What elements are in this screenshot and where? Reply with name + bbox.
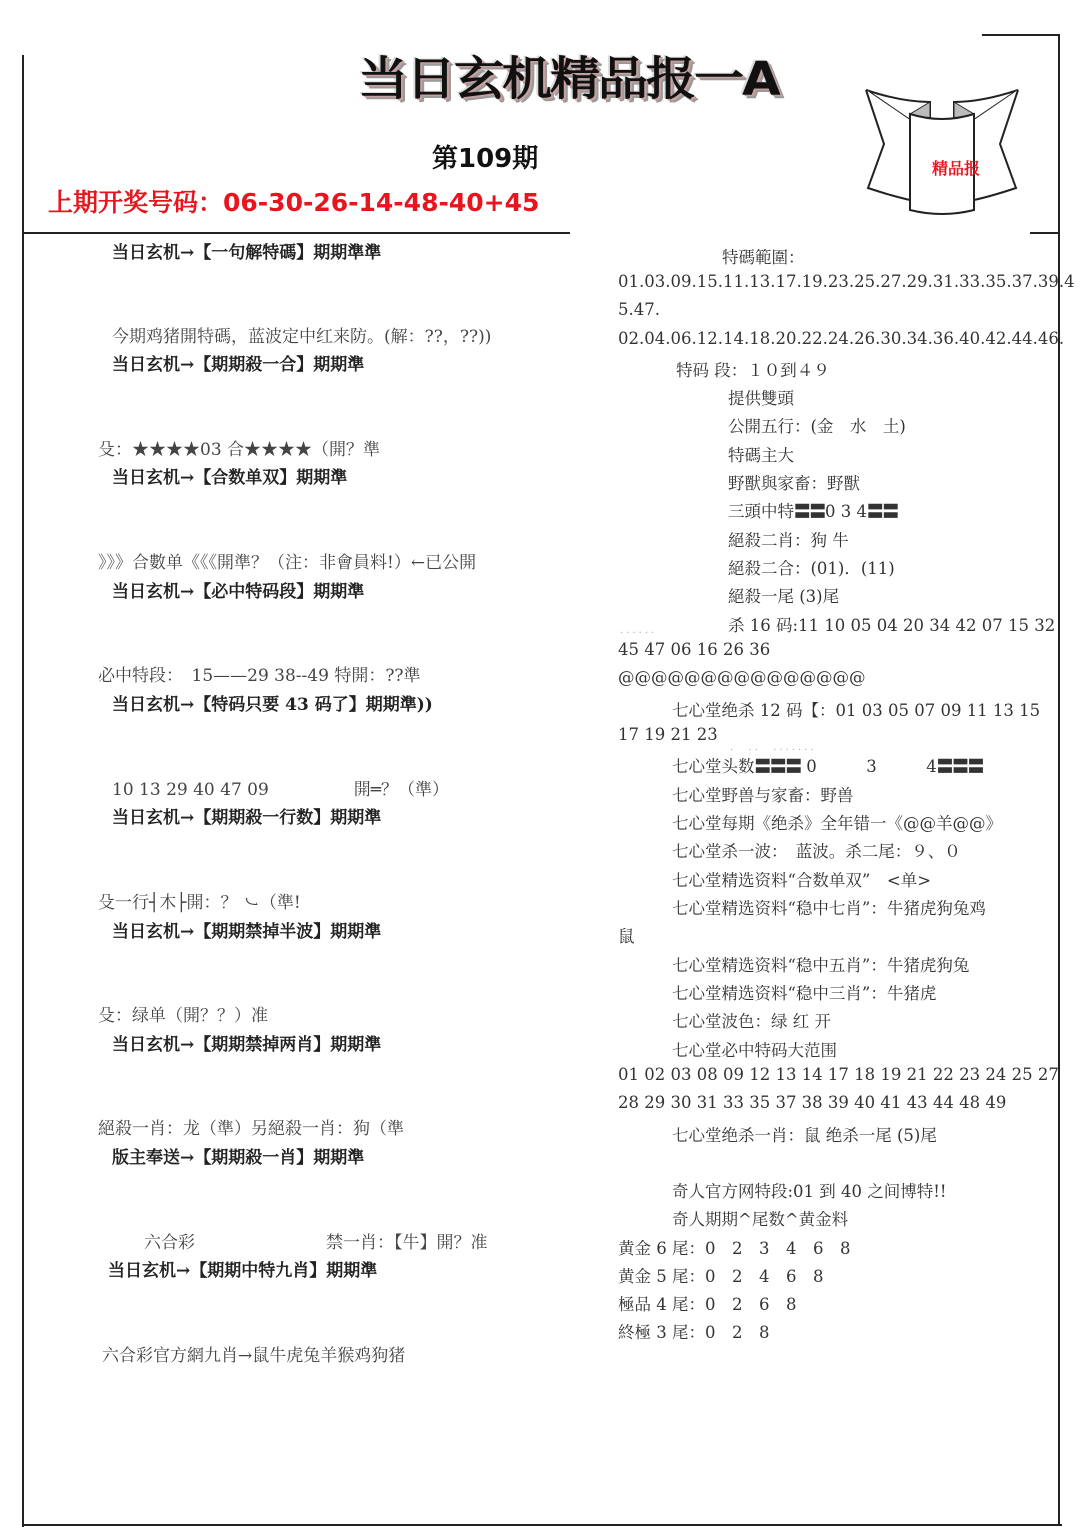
section-heading: 当日玄机→【合数单双】期期準 — [112, 463, 347, 488]
bars-icon: 〓〓 — [794, 502, 825, 521]
wild-domestic: 野獸與家畜：野獸 — [728, 470, 860, 494]
section-content: 殳一行┤木├開：？ ㇃（準! — [98, 888, 301, 913]
page-title-text: 当日玄机精品报一A — [358, 42, 779, 108]
qxt-heads-values: 0 3 4 — [806, 757, 937, 776]
qxt-heads-label: 七心堂头数 — [672, 757, 755, 776]
range-line: 01.03.09.15.11.13.17.19.23.25.27.29.31.3… — [618, 272, 1075, 291]
section-content: 絕殺一肖：龙（準）另絕殺一肖：狗（準 — [98, 1114, 404, 1139]
section-content-right: 禁一肖：【牛】開？准 — [326, 1228, 488, 1253]
section-content: 》》》合數单《《《開準？（注：非會員料!）←已公開 — [98, 548, 476, 573]
qxt-wild: 七心堂野兽与家畜：野兽 — [672, 782, 854, 806]
tail-row: 終極 3 尾：0 2 8 — [618, 1319, 770, 1343]
section-heading: 当日玄机→【期期殺一合】期期準 — [112, 350, 364, 375]
header-divider — [22, 232, 570, 234]
ribbon-badge-icon — [862, 84, 1022, 226]
kill-two-zodiac: 絕殺二肖：狗 牛 — [728, 527, 849, 551]
double-head: 提供雙頭 — [728, 385, 794, 409]
bars-icon: 〓〓〓 — [937, 757, 984, 776]
tail-values: 0 2 4 6 8 — [705, 1267, 824, 1286]
qxt-three: 七心堂精选资料“稳中三肖”：牛猪虎 — [672, 980, 936, 1004]
section-heading: 当日玄机→【必中特码段】期期準 — [112, 577, 364, 602]
section-heading: 当日玄机→【一句解特碼】期期準準 — [112, 238, 381, 263]
tail-row: 黄金 5 尾：0 2 4 6 8 — [618, 1263, 824, 1287]
qxt-big-range-line: 28 29 30 31 33 35 37 38 39 40 41 43 44 4… — [618, 1093, 1006, 1112]
section-content: 殳：★★★★03 合★★★★（開？準 — [98, 435, 380, 460]
kill16-line: 45 47 06 16 26 36 — [618, 640, 770, 659]
last-draw: 上期开奖号码：06-30-26-14-48-40+45 — [48, 183, 539, 219]
section-heading: 当日玄机→【期期禁掉半波】期期準 — [112, 917, 381, 942]
qiren-segment: 奇人官方网特段:01 到 40 之间博特!! — [672, 1178, 947, 1202]
kill-one-tail: 絕殺一尾 (3)尾 — [728, 583, 839, 607]
section-heading: 版主奉送→【期期殺一肖】期期準 — [112, 1143, 364, 1168]
dotted-mark: ...... — [620, 625, 657, 636]
tail-values: 0 2 6 8 — [705, 1295, 797, 1314]
main-big: 特碼主大 — [728, 442, 794, 466]
kill-two-combo: 絕殺二合：(01)．(11) — [728, 555, 895, 579]
page-border-right — [1058, 35, 1060, 1525]
three-heads-value: 0 3 4 — [825, 502, 867, 521]
qxt-heads: 七心堂头数〓〓〓 0 3 4〓〓〓 — [672, 753, 983, 777]
section-content-left: 六合彩 — [144, 1228, 195, 1253]
bars-icon: 〓〓〓 — [755, 757, 802, 776]
qxt-five: 七心堂精选资料“稳中五肖”：牛猪虎狗兔 — [672, 952, 969, 976]
page-border-left — [22, 55, 24, 1527]
page-title: 当日玄机精品报一A — [358, 46, 779, 104]
tail-values: 0 2 3 4 6 8 — [705, 1239, 851, 1258]
range-line: 02.04.06.12.14.18.20.22.24.26.30.34.36.4… — [618, 329, 1064, 348]
segment: 特码 段：１０到４９ — [676, 357, 830, 381]
bars-icon: 〓〓 — [867, 502, 898, 521]
qxt-wave: 七心堂杀一波： 蓝波。杀二尾：９、０ — [672, 838, 961, 862]
tail-row: 極品 4 尾：0 2 6 8 — [618, 1291, 797, 1315]
tail-label: 極品 4 尾： — [618, 1295, 705, 1314]
tail-label: 終極 3 尾： — [618, 1323, 705, 1342]
three-heads: 三頭中特〓〓0 3 4〓〓 — [728, 498, 898, 522]
range-title: 特碼範圍： — [722, 244, 805, 268]
tail-values: 0 2 8 — [705, 1323, 770, 1342]
section-content: 今期鸡猪開特碼，蓝波定中红来防。(解：??，??)) — [112, 322, 491, 347]
qxt-big-range-title: 七心堂必中特码大范围 — [672, 1037, 837, 1061]
badge-label: 精品报 — [932, 156, 980, 179]
page-border-top-right — [982, 34, 1060, 36]
qxt-kill-zodiac-tail: 七心堂绝杀一肖：鼠 绝杀一尾 (5)尾 — [672, 1122, 937, 1146]
qxt-kill12-line: 七心堂绝杀 12 码【：01 03 05 07 09 11 13 15 — [672, 697, 1040, 721]
section-content: 殳：绿单（開？？）准 — [98, 1001, 268, 1026]
at-signs: @@@@@@@@@@@@@@@ — [618, 668, 866, 687]
page-border-bottom — [22, 1524, 1062, 1526]
qxt-seven: 七心堂精选资料“稳中七肖”：牛猪虎狗兔鸡 — [672, 895, 986, 919]
five-elements: 公開五行：(金 水 土) — [728, 413, 906, 437]
section-content: 必中特段： 15——29 38--49 特開：??準 — [98, 661, 421, 686]
section-content: 10 13 29 40 47 09 開═？（準） — [112, 775, 449, 800]
tail-label: 黄金 6 尾： — [618, 1239, 705, 1258]
range-line: 5.47. — [618, 300, 660, 319]
section-heading: 当日玄机→【期期禁掉两肖】期期準 — [112, 1030, 381, 1055]
qxt-big-range-line: 01 02 03 08 09 12 13 14 17 18 19 21 22 2… — [618, 1065, 1059, 1084]
issue-number: 第109期 — [432, 138, 538, 175]
tail-row: 黄金 6 尾：0 2 3 4 6 8 — [618, 1235, 851, 1259]
qxt-seven-cont: 鼠 — [618, 923, 635, 947]
qxt-kill12-line: 17 19 21 23 — [618, 725, 718, 744]
section-heading: 当日玄机→【期期殺一行数】期期準 — [112, 803, 381, 828]
tail-label: 黄金 5 尾： — [618, 1267, 705, 1286]
last-draw-label: 上期开奖号码： — [48, 188, 223, 217]
kill16-line: 杀 16 码:11 10 05 04 20 34 42 07 15 32 — [728, 612, 1055, 636]
section-heading: 当日玄机→【期期中特九肖】期期準 — [108, 1256, 377, 1281]
qxt-color: 七心堂波色：绿 红 开 — [672, 1008, 831, 1032]
three-heads-label: 三頭中特 — [728, 502, 794, 521]
dotted-mark: . .. ....... — [730, 742, 817, 753]
qiren-title: 奇人期期^尾数^黄金料 — [672, 1206, 848, 1230]
last-draw-numbers: 06-30-26-14-48-40+45 — [223, 188, 539, 217]
qxt-odd-even: 七心堂精选资料“合数单双” <单> — [672, 867, 931, 891]
section-content: 六合彩官方網九肖→鼠牛虎兔羊猴鸡狗猪 — [102, 1341, 405, 1366]
section-heading: 当日玄机→【特码只要 43 码了】期期準)) — [112, 690, 433, 715]
header-divider-right — [1030, 232, 1058, 234]
qxt-yearly: 七心堂每期《绝杀》全年错一《@@羊@@》 — [672, 810, 1002, 834]
